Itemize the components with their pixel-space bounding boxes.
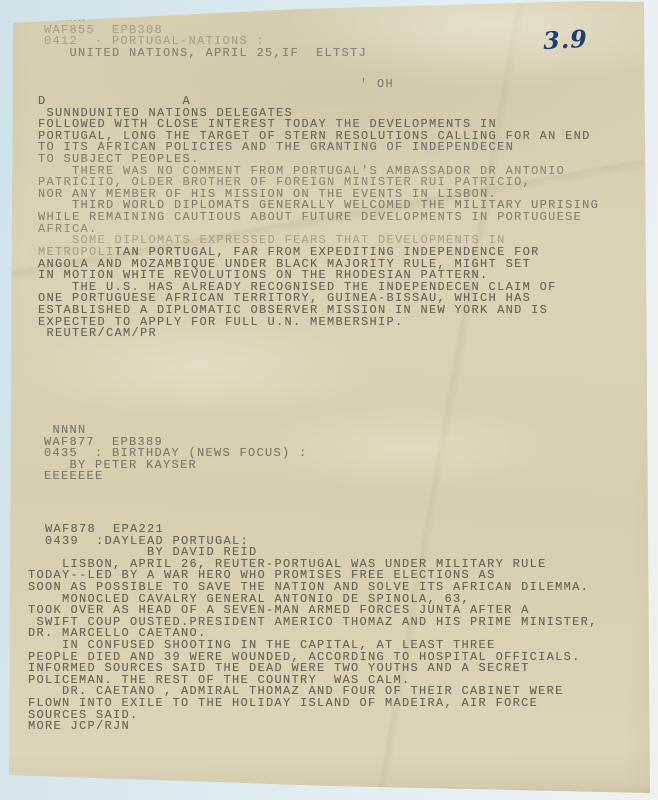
- telex-1-body-continued: METROPOLITAN PORTUGAL, FAR FROM EXPEDITI…: [38, 247, 557, 340]
- document-page: 3.9 NNNN WAF855 EPB308 0412 · PORTUGAL-N…: [0, 0, 658, 800]
- telex-3-body: WAF878 EPA221 0439 :DAYLEAD PORTUGAL: BY…: [28, 524, 598, 733]
- scan-background: { "colors": { "paper": "#d9d0b1", "ink":…: [0, 0, 658, 800]
- handwritten-grade-mark: 3.9: [542, 24, 588, 55]
- telex-1-dateline: UNITED NATIONS, APRIL 25,IF ELTSTJ: [44, 48, 367, 60]
- ink-fade-patch: [28, 245, 116, 258]
- telex-2-header: NNNN WAF877 EPB389 0435 : BIRTHDAY (NEWS…: [44, 425, 308, 483]
- telex-1-body: D A SUNNDUNITED NATIONS DELEGATES FOLLOW…: [38, 96, 599, 235]
- telex-1-slug: NNNN WAF855 EPB308 0412 · PORTUGAL-NATIO…: [44, 13, 265, 48]
- telex-1-noise-text: ' OH: [360, 79, 394, 91]
